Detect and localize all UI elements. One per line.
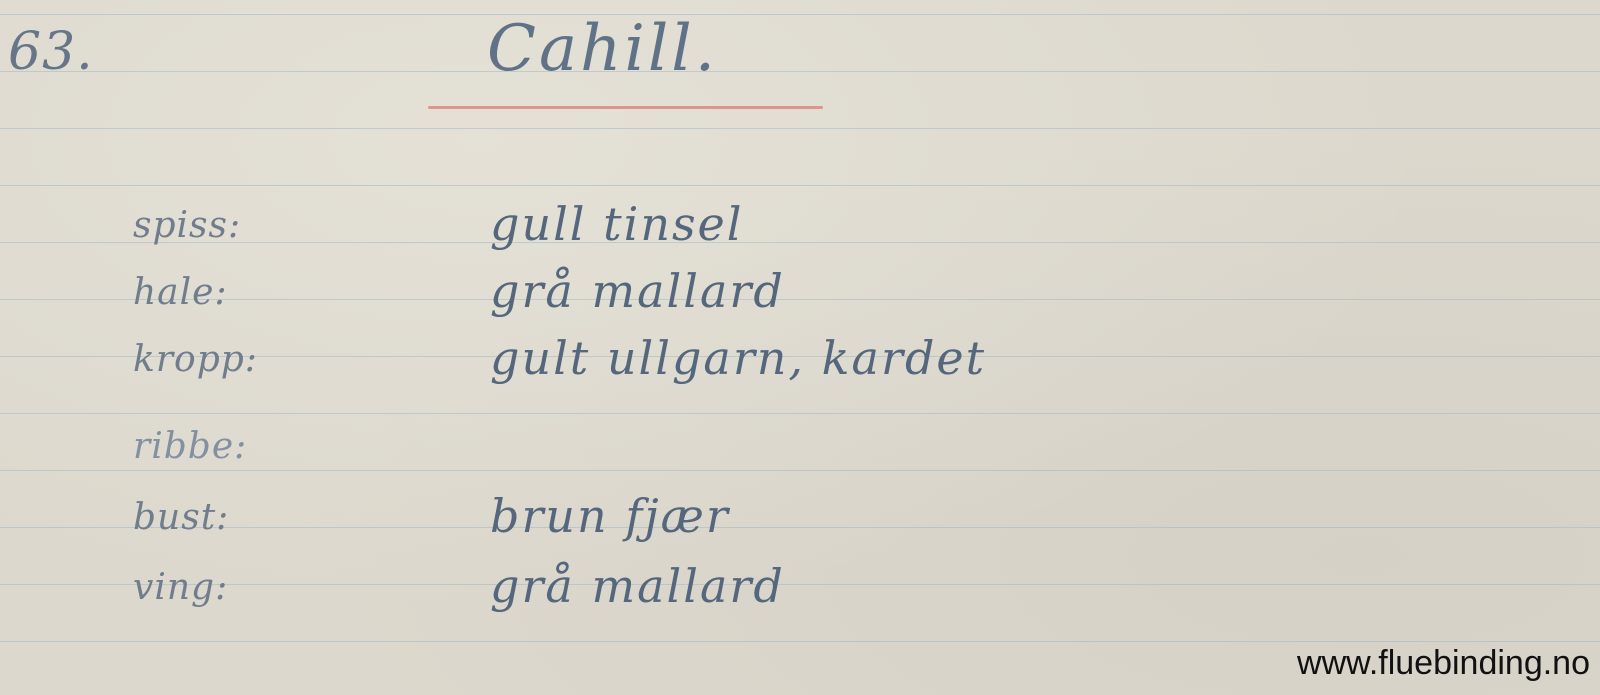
entry-number: 63. bbox=[8, 22, 94, 82]
ruled-line bbox=[0, 413, 1600, 414]
recipe-value-hackle: brun fjær bbox=[490, 489, 730, 543]
recipe-label-rib: ribbe: bbox=[133, 426, 247, 467]
recipe-label-hackle: bust: bbox=[133, 497, 229, 538]
recipe-value-body: gult ullgarn, kardet bbox=[490, 331, 986, 385]
ruled-line bbox=[0, 641, 1600, 642]
ruled-line bbox=[0, 128, 1600, 129]
ruled-line bbox=[0, 470, 1600, 471]
recipe-value-tip: gull tinsel bbox=[490, 197, 743, 251]
ruled-line bbox=[0, 185, 1600, 186]
ruled-line bbox=[0, 584, 1600, 585]
ruled-line bbox=[0, 299, 1600, 300]
fly-pattern-title: Cahill. bbox=[487, 12, 718, 86]
title-underline bbox=[428, 106, 823, 109]
recipe-value-wing: grå mallard bbox=[490, 559, 785, 613]
website-watermark: www.fluebinding.no bbox=[1297, 644, 1590, 683]
ruled-line bbox=[0, 71, 1600, 72]
ruled-line bbox=[0, 527, 1600, 528]
recipe-label-wing: ving: bbox=[133, 567, 228, 608]
notebook-page: 63. Cahill. spiss: gull tinsel hale: grå… bbox=[0, 0, 1600, 695]
recipe-label-body: kropp: bbox=[133, 339, 258, 380]
recipe-label-tip: spiss: bbox=[133, 205, 241, 246]
recipe-value-tail: grå mallard bbox=[490, 264, 785, 318]
recipe-label-tail: hale: bbox=[133, 272, 228, 313]
ruled-line bbox=[0, 14, 1600, 15]
